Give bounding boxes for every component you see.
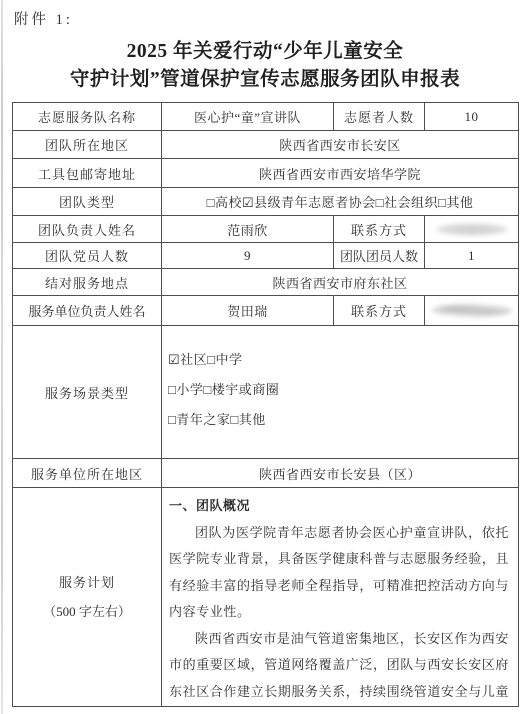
unit-leader-label: 服务单位负责人姓名 — [13, 296, 162, 326]
team-name-value: 医心护“童”宣讲队 — [162, 103, 334, 131]
redacted-contact-smudge — [432, 303, 512, 318]
unit-leader-contact-value — [425, 296, 519, 326]
service-plan-label-line-2: （500 字左右） — [13, 597, 161, 626]
row-member-counts: 团队党员人数 9 团队团员人数 1 — [13, 243, 519, 269]
team-leader-value: 范雨欣 — [162, 216, 334, 243]
team-type-checkbox-group: □高校☑县级青年志愿者协会□社会组织□其他 — [162, 188, 519, 216]
service-plan-label: 服务计划 （500 字左右） — [13, 488, 162, 707]
toolkit-address-label: 工具包邮寄地址 — [13, 159, 162, 188]
service-location-label: 结对服务地点 — [13, 269, 162, 296]
row-team-leader: 团队负责人姓名 范雨欣 联系方式 — [13, 216, 519, 243]
league-member-count-label: 团队团员人数 — [334, 243, 425, 269]
row-service-location: 结对服务地点 陕西省西安市府东社区 — [13, 269, 519, 296]
redacted-contact-smudge — [435, 223, 509, 236]
team-region-label: 团队所在地区 — [13, 131, 162, 159]
row-unit-leader: 服务单位负责人姓名 贺田瑞 联系方式 — [13, 296, 519, 326]
form-title: 2025 年关爱行动“少年儿童安全 守护计划”管道保护宣传志愿服务团队申报表 — [0, 38, 530, 94]
team-leader-contact-value — [425, 216, 519, 243]
row-team-name: 志愿服务队名称 医心护“童”宣讲队 志愿者人数 10 — [13, 103, 519, 131]
team-leader-contact-label: 联系方式 — [334, 216, 425, 243]
team-name-label: 志愿服务队名称 — [13, 103, 162, 131]
row-toolkit-address: 工具包邮寄地址 陕西省西安市西安培华学院 — [13, 159, 519, 188]
scene-type-line-3: □青年之家□其他 — [168, 405, 512, 435]
form-title-line-2: 守护计划”管道保护宣传志愿服务团队申报表 — [0, 66, 530, 94]
party-member-count-value: 9 — [162, 243, 334, 269]
scene-type-checkbox-group: ☑社区□中学 □小学□楼宇或商圈 □青年之家□其他 — [162, 326, 519, 459]
service-location-value: 陕西省西安市府东社区 — [162, 269, 519, 296]
volunteer-count-value: 10 — [425, 103, 519, 131]
unit-leader-value: 贺田瑞 — [162, 296, 334, 326]
service-plan-paragraph-1: 团队为医学院青年志愿者协会医心护童宣讲队，依托医学院专业背景，具备医学健康科普与… — [169, 520, 509, 626]
service-plan-content: 一、团队概况 团队为医学院青年志愿者协会医心护童宣讲队，依托医学院专业背景，具备… — [162, 488, 519, 707]
row-team-region: 团队所在地区 陕西省西安市长安区 — [13, 131, 519, 159]
team-leader-label: 团队负责人姓名 — [13, 216, 162, 243]
scene-type-label: 服务场景类型 — [13, 326, 162, 459]
league-member-count-value: 1 — [425, 243, 519, 269]
service-plan-paragraph-2: 陕西省西安市是油气管道密集地区，长安区作为西安市的重要区域，管道网络覆盖广泛，团… — [169, 626, 509, 706]
team-type-label: 团队类型 — [13, 188, 162, 216]
party-member-count-label: 团队党员人数 — [13, 243, 162, 269]
team-region-value: 陕西省西安市长安区 — [162, 131, 519, 159]
scene-type-line-2: □小学□楼宇或商圈 — [168, 375, 512, 405]
unit-region-value: 陕西省西安市长安县（区） — [162, 459, 519, 488]
scanned-application-form-page: { "page": { "attachment_label": "附件 1:",… — [0, 0, 530, 714]
scene-type-line-1: ☑社区□中学 — [168, 345, 512, 375]
attachment-label: 附件 1: — [14, 8, 73, 29]
scan-edge-artifact — [1, 0, 3, 714]
row-unit-region: 服务单位所在地区 陕西省西安市长安县（区） — [13, 459, 519, 488]
form-title-line-1: 2025 年关爱行动“少年儿童安全 — [0, 38, 530, 66]
row-scene-type: 服务场景类型 ☑社区□中学 □小学□楼宇或商圈 □青年之家□其他 — [13, 326, 519, 459]
application-form-table: 志愿服务队名称 医心护“童”宣讲队 志愿者人数 10 团队所在地区 陕西省西安市… — [12, 102, 519, 707]
row-team-type: 团队类型 □高校☑县级青年志愿者协会□社会组织□其他 — [13, 188, 519, 216]
row-service-plan: 服务计划 （500 字左右） 一、团队概况 团队为医学院青年志愿者协会医心护童宣… — [13, 488, 519, 707]
service-plan-label-line-1: 服务计划 — [13, 568, 161, 597]
volunteer-count-label: 志愿者人数 — [334, 103, 425, 131]
unit-leader-contact-label: 联系方式 — [334, 296, 425, 326]
service-plan-heading: 一、团队概况 — [169, 493, 509, 520]
toolkit-address-value: 陕西省西安市西安培华学院 — [162, 159, 519, 188]
unit-region-label: 服务单位所在地区 — [13, 459, 162, 488]
